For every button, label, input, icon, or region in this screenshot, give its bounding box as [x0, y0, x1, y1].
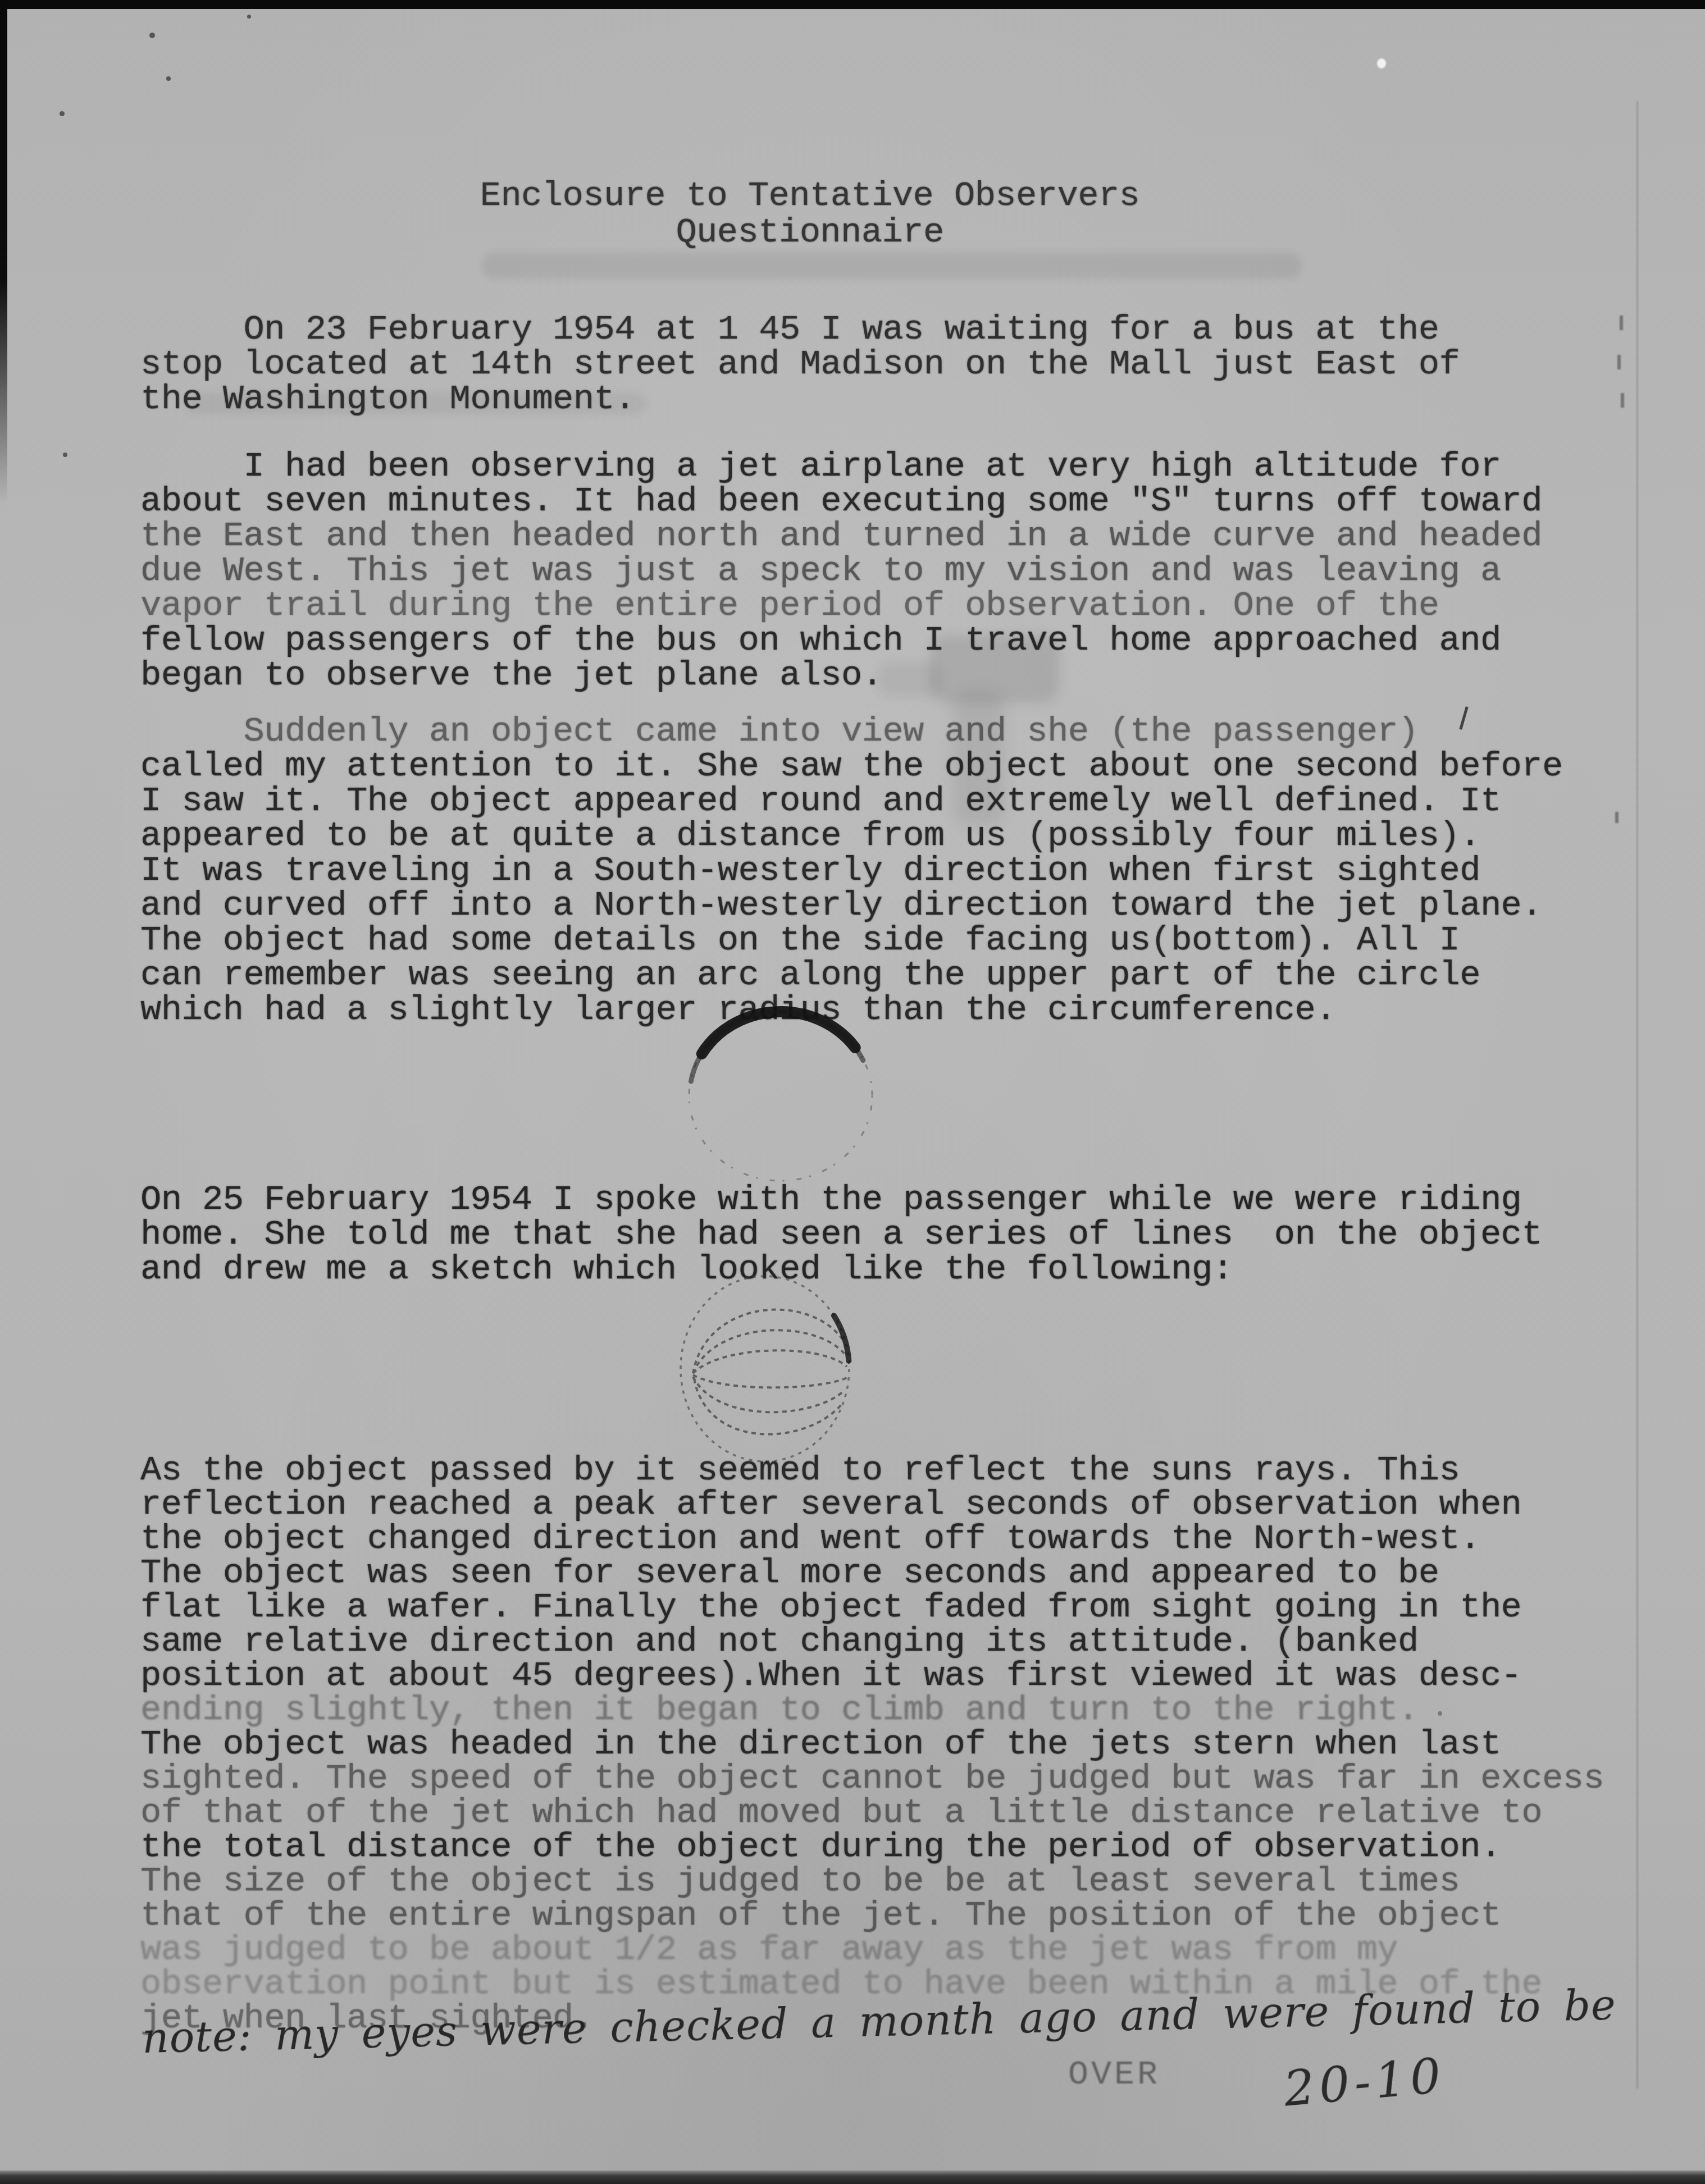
scan-edge-left — [0, 0, 7, 505]
text-line: The object was headed in the direction o… — [140, 1727, 1604, 1761]
text-line: The object was seen for several more sec… — [140, 1556, 1604, 1590]
scan-edge-top — [0, 0, 1705, 9]
text-line: Enclosure to Tentative Observers — [478, 177, 1141, 214]
text-line: As the object passed by it seemed to ref… — [140, 1453, 1604, 1487]
sketch-lined-sphere — [669, 1273, 888, 1467]
text-line: fellow passengers of the bus on which I … — [140, 623, 1542, 658]
paragraph-object-behavior: As the object passed by it seemed to ref… — [140, 1453, 1604, 2035]
text-line: the Washington Monument. — [140, 382, 1460, 417]
text-line: was judged to be about 1/2 as far away a… — [140, 1932, 1604, 1967]
paper-fleck — [1377, 58, 1386, 68]
over-label: OVER — [1068, 2056, 1160, 2094]
handwritten-page-code: 20-10 — [1282, 2048, 1448, 2118]
ink-speck — [60, 111, 65, 116]
text-line: On 25 February 1954 I spoke with the pas… — [140, 1182, 1542, 1217]
text-line: same relative direction and not changing… — [140, 1624, 1604, 1658]
text-line: reflection reached a peak after several … — [140, 1487, 1604, 1522]
ink-speck — [166, 76, 171, 81]
text-line: about seven minutes. It had been executi… — [140, 484, 1542, 519]
margin-tick — [1621, 393, 1624, 408]
text-line: Suddenly an object came into view and sh… — [140, 714, 1563, 749]
sketch-circle-arc — [665, 1006, 907, 1183]
text-line: The object had some details on the side … — [140, 923, 1563, 958]
text-line: flat like a wafer. Finally the object fa… — [140, 1590, 1604, 1624]
ink-speck — [63, 453, 67, 457]
text-line: the object changed direction and went of… — [140, 1522, 1604, 1556]
text-line: sighted. The speed of the object cannot … — [140, 1761, 1604, 1795]
margin-tick — [1617, 355, 1621, 369]
text-line: and curved off into a North-westerly dir… — [140, 888, 1563, 923]
paragraph-object-appearance: Suddenly an object came into view and sh… — [140, 714, 1563, 1027]
ink-speck — [149, 33, 155, 38]
text-line: appeared to be at quite a distance from … — [140, 819, 1563, 853]
text-line: began to observe the jet plane also. — [140, 658, 1542, 693]
scan-edge-bottom — [0, 2171, 1705, 2184]
text-line: home. She told me that she had seen a se… — [140, 1217, 1542, 1252]
text-line: the total distance of the object during … — [140, 1830, 1604, 1864]
text-line: that of the entire wingspan of the jet. … — [140, 1898, 1604, 1932]
text-line: The size of the object is judged to be b… — [140, 1864, 1604, 1898]
margin-tick — [1620, 316, 1623, 330]
text-line: On 23 February 1954 at 1 45 I was waitin… — [140, 312, 1460, 347]
paragraph-jet-observation: I had been observing a jet airplane at v… — [140, 449, 1542, 693]
text-line: due West. This jet was just a speck to m… — [140, 554, 1542, 588]
text-line: Questionnaire — [478, 214, 1141, 250]
scanned-document: { "page": { "paper_color": "#b5b5b5", "i… — [0, 0, 1705, 2184]
text-line: the East and then headed north and turne… — [140, 519, 1542, 554]
paragraph-passenger-sketch: On 25 February 1954 I spoke with the pas… — [140, 1182, 1542, 1287]
paragraph-sighting-location: On 23 February 1954 at 1 45 I was waitin… — [140, 312, 1460, 417]
bleedthrough-smudge — [482, 253, 1302, 278]
text-line: ending slightly, then it began to climb … — [140, 1693, 1604, 1727]
text-line: It was traveling in a South-westerly dir… — [140, 853, 1563, 888]
document-page: Enclosure to Tentative ObserversQuestion… — [0, 0, 1705, 2184]
text-line: of that of the jet which had moved but a… — [140, 1795, 1604, 1830]
paper-crease — [1636, 101, 1638, 2089]
text-line: vapor trail during the entire period of … — [140, 588, 1542, 623]
document-title: Enclosure to Tentative ObserversQuestion… — [478, 177, 1141, 250]
text-line: position at about 45 degrees).When it wa… — [140, 1658, 1604, 1693]
ink-speck — [247, 15, 251, 19]
text-line: I saw it. The object appeared round and … — [140, 784, 1563, 819]
margin-tick — [1615, 812, 1619, 823]
text-line: can remember was seeing an arc along the… — [140, 958, 1563, 993]
text-line: stop located at 14th street and Madison … — [140, 347, 1460, 382]
text-line: called my attention to it. She saw the o… — [140, 749, 1563, 784]
text-line: I had been observing a jet airplane at v… — [140, 449, 1542, 484]
